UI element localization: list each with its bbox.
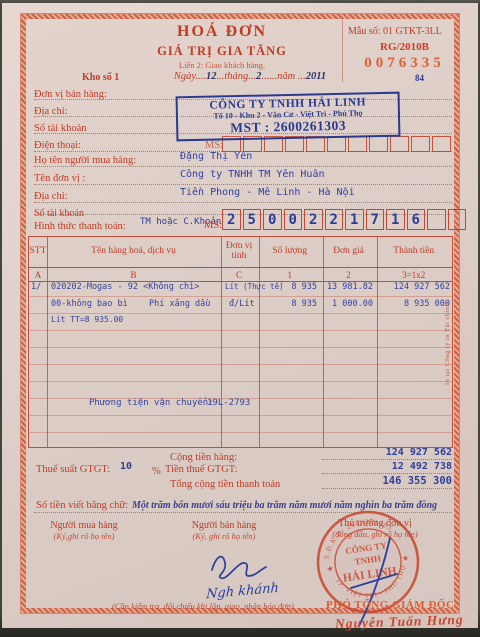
header-divider xyxy=(342,20,343,82)
amount-in-words-label: Số tiền viết bằng chữ: xyxy=(36,500,128,511)
deputy-director-title: PHÓ TỔNG GIÁM ĐỐC xyxy=(326,599,454,611)
table-vline xyxy=(323,237,324,447)
seller-signature-block: Người bán hàng (Ký, ghi rõ họ tên) xyxy=(166,520,282,541)
col-unit: Đơn vị tính xyxy=(220,237,258,267)
seal-star-right: ★ xyxy=(401,553,409,563)
table-row: Lít TT=8 935.00 xyxy=(29,315,454,330)
item-price: 13 981.82 xyxy=(323,282,373,292)
copy-line: Liên 2: Giao khách hàng. xyxy=(72,60,372,70)
warehouse-label: Kho số 1 xyxy=(82,72,119,83)
invoice-photo: HOÁ ĐƠN GIÁ TRỊ GIA TĂNG Liên 2: Giao kh… xyxy=(0,0,480,637)
invoice-date: Ngày....12...tháng...2......năm ...2011 xyxy=(130,71,370,82)
seller-signature-sub: (Ký, ghi rõ họ tên) xyxy=(166,531,282,541)
item-stt: 1/ xyxy=(31,282,41,292)
printer-note: In tại Công ty in Tài chính xyxy=(444,245,451,385)
table-row: 1/ 020202-Mogas - 92 <Không chì> Lít (Th… xyxy=(29,282,454,297)
buyer-unit-row: Tên đơn vị : Công ty TNHH TM Yên Huân xyxy=(34,168,452,185)
buyer-unit-value: Công ty TNHH TM Yên Huân xyxy=(180,169,325,180)
seller-signature-title: Người bán hàng xyxy=(166,520,282,531)
buyer-tax-boxes: 2 5 0 0 2 2 1 7 1 6 xyxy=(222,209,466,230)
item-amount: 8 935 000 xyxy=(377,299,450,309)
vat-value: 12 492 738 xyxy=(322,461,452,474)
buyer-name-label: Họ tên người mua hàng: xyxy=(34,155,136,166)
tax-digit: 1 xyxy=(345,209,364,230)
col-amount: Thành tiền xyxy=(375,237,452,267)
tax-digit: 2 xyxy=(325,209,344,230)
table-row: 00-không bao bì Phí xăng dầu đ/Lít 8 935… xyxy=(29,299,454,314)
col-description: Tên hàng hoá, dịch vụ xyxy=(47,237,220,267)
buyer-ms-label: MS: xyxy=(204,220,222,231)
tax-digit-empty xyxy=(427,209,446,230)
date-label-day: Ngày.... xyxy=(174,71,206,82)
col-quantity: Số lượng xyxy=(258,237,322,267)
subtotal-label: Cộng tiền hàng: xyxy=(170,452,237,463)
date-year: 2011 xyxy=(306,71,326,82)
transport-value: 19L-2793 xyxy=(207,398,250,408)
buyer-signature-title: Người mua hàng xyxy=(28,520,140,531)
tax-digit: 5 xyxy=(243,209,262,230)
item-qty: 8 935 xyxy=(259,282,317,292)
table-vline xyxy=(47,237,48,447)
table-vline xyxy=(259,237,260,447)
items-table: STT Tên hàng hoá, dịch vụ Đơn vị tính Số… xyxy=(28,236,453,448)
buyer-name-value: Đặng Thị Yên xyxy=(180,151,252,162)
tax-digit: 7 xyxy=(366,209,385,230)
invoice-subtitle: GIÁ TRỊ GIA TĂNG xyxy=(72,44,372,59)
transport-label: Phương tiện vận chuyển: xyxy=(89,398,214,408)
item-name2: Phí xăng dầu xyxy=(149,299,210,309)
deputy-director-name: Nguyễn Tuấn Hưng xyxy=(335,612,464,632)
pad-number: 84 xyxy=(415,73,424,83)
form-number: Mẫu số: 01 GTKT-3LL xyxy=(348,26,442,37)
buyer-address-label: Địa chỉ: xyxy=(34,191,68,202)
buyer-unit-label: Tên đơn vị : xyxy=(34,173,85,184)
vat-rate-value: 10 xyxy=(120,461,132,472)
seller-account-label: Số tài khoản xyxy=(34,123,87,134)
table-header-row: STT Tên hàng hoá, dịch vụ Đơn vị tính Số… xyxy=(29,237,452,268)
tax-digit-empty xyxy=(448,209,467,230)
buyer-signature-sub: (Ký,ghi rõ họ tên) xyxy=(28,531,140,541)
vat-label: Tiền thuế GTGT: xyxy=(165,464,238,475)
item-qty: 8 935 xyxy=(259,299,317,309)
footer-note: (Cần kiểm tra, đối chiếu khi lập, giao, … xyxy=(112,601,294,611)
col-stt: STT xyxy=(29,237,47,267)
invoice-title: HOÁ ĐƠN xyxy=(72,23,372,41)
grand-total-value: 146 355 300 xyxy=(322,475,452,489)
vat-rate-label: Thuế suất GTGT: xyxy=(36,464,110,475)
col-unit-price: Đơn giá xyxy=(322,237,376,267)
seller-address-label: Địa chỉ: xyxy=(34,106,68,117)
item-name: 00-không bao bì xyxy=(51,299,128,309)
item-name: Lít TT=8 935.00 xyxy=(51,315,123,324)
buyer-name-row: Họ tên người mua hàng: Đặng Thị Yên xyxy=(34,150,452,167)
subtotal-value: 124 927 562 xyxy=(322,447,452,460)
buyer-address-value: Tiền Phong - Mê Linh - Hà Nội xyxy=(180,187,355,198)
table-vline xyxy=(377,237,378,447)
table-vline xyxy=(221,237,222,447)
item-amount: 124 927 562 xyxy=(377,282,450,292)
date-label-year: ......năm ... xyxy=(261,71,305,82)
tax-digit: 1 xyxy=(386,209,405,230)
percent-sign: % xyxy=(152,466,161,477)
grand-total-label: Tổng cộng tiền thanh toán xyxy=(170,479,280,490)
transport-row: Phương tiện vận chuyển: 19L-2793 xyxy=(29,398,454,413)
buyer-signature-block: Người mua hàng (Ký,ghi rõ họ tên) xyxy=(28,520,140,541)
seller-unit-label: Đơn vị bán hàng: xyxy=(34,89,107,100)
serial-code: RG/2010B xyxy=(352,41,457,53)
tax-digit: 6 xyxy=(407,209,426,230)
date-day: 12 xyxy=(206,71,217,82)
seal-star-left: ★ xyxy=(326,564,334,574)
invoice-number: 0076335 xyxy=(352,55,457,72)
tax-digit: 2 xyxy=(304,209,323,230)
tax-digit: 0 xyxy=(284,209,303,230)
seller-rect-stamp: CÔNG TY TNHH HẢI LINH Tổ 10 - Khu 2 - Vâ… xyxy=(176,92,401,142)
item-price: 1 000.00 xyxy=(323,299,373,309)
date-label-month: ...tháng... xyxy=(216,71,256,82)
tax-digit: 0 xyxy=(263,209,282,230)
item-name: 020202-Mogas - 92 <Không chì> xyxy=(51,282,199,292)
item-unit: đ/Lít xyxy=(229,299,255,309)
tax-digit: 2 xyxy=(222,209,241,230)
buyer-payment-label: Hình thức thanh toán: xyxy=(34,221,126,232)
buyer-address-row: Địa chỉ: Tiền Phong - Mê Linh - Hà Nội xyxy=(34,186,452,203)
